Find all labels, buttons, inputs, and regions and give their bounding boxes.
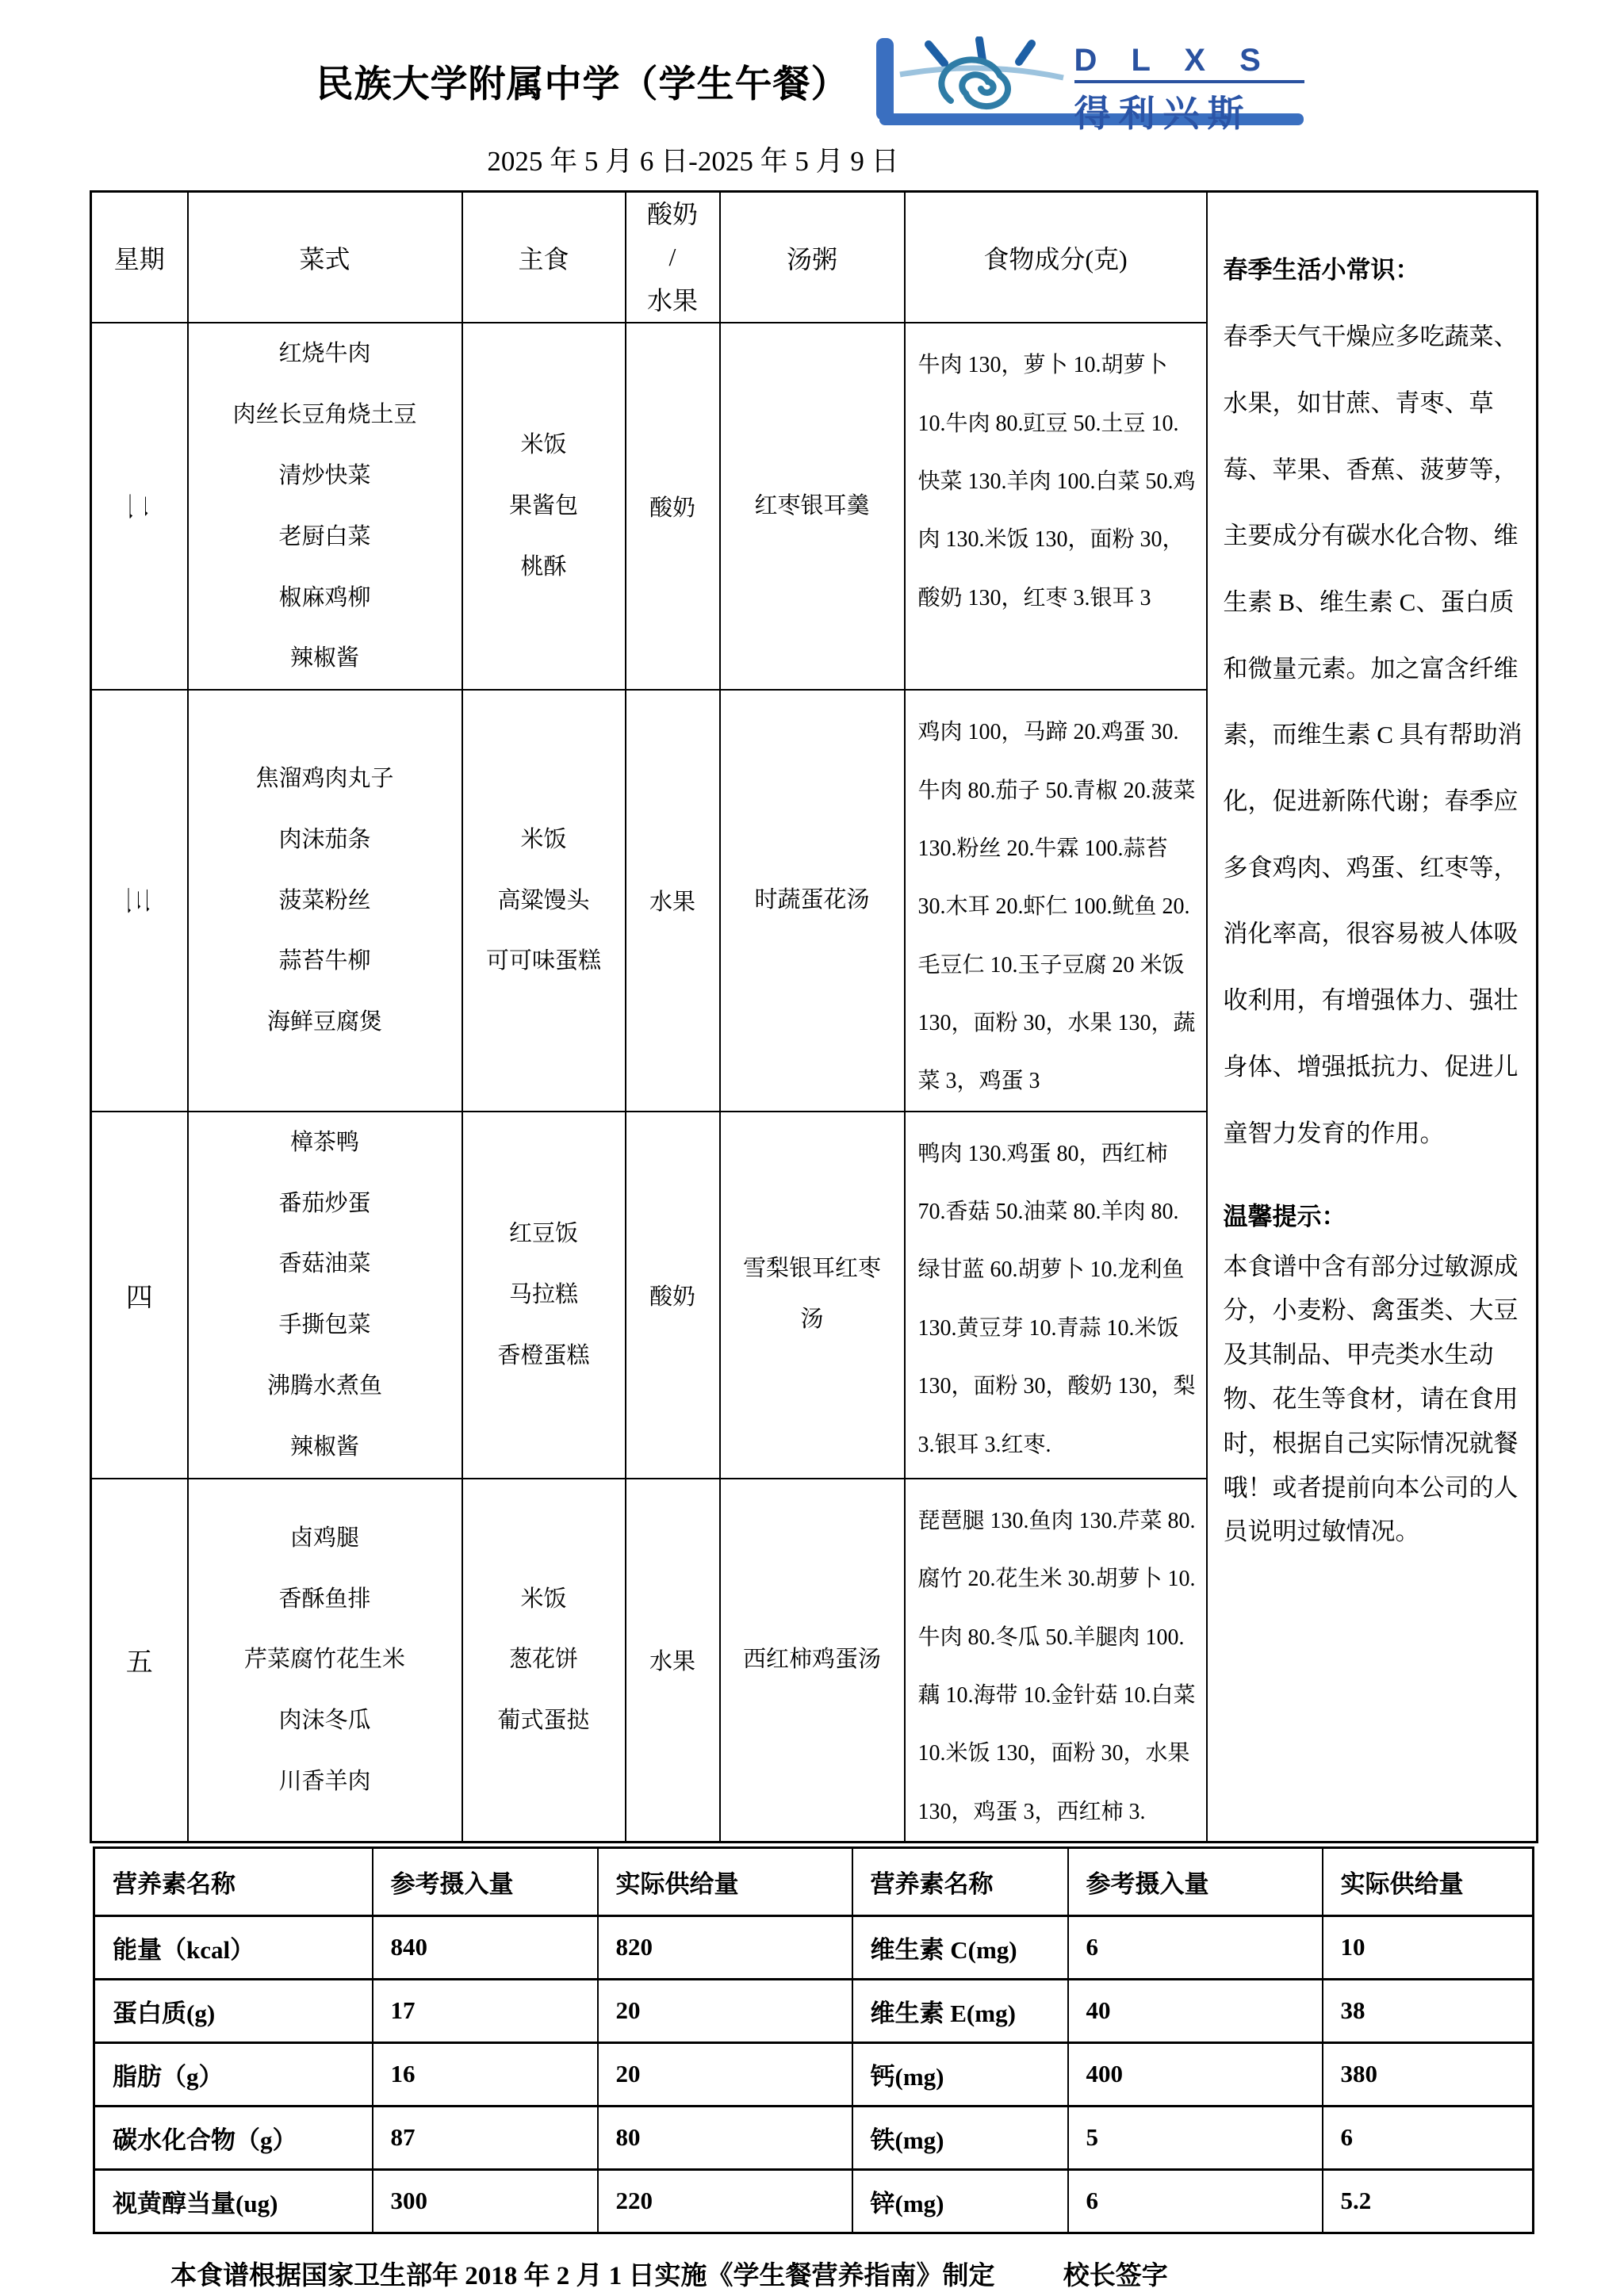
date-range: 2025 年 5 月 6 日-2025 年 5 月 9 日 (0, 140, 1386, 179)
principal-sign-label: 校长签字 (1063, 2262, 1168, 2290)
composition-cell: 鸡肉 100，马蹄 20.鸡蛋 30.牛肉 80.茄子 50.青椒 20.菠菜 … (905, 690, 1207, 1112)
composition-cell: 鸭肉 130.鸡蛋 80，西红柿 70.香菇 50.油菜 80.羊肉 80.绿甘… (905, 1112, 1207, 1479)
nutrition-header: 实际供给量 (1323, 1847, 1534, 1915)
header-yogurt-fruit: 酸奶 / 水果 (626, 192, 720, 323)
header-weekday: 星期 (91, 192, 188, 323)
menu-table: 星期 菜式 主食 酸奶 / 水果 汤粥 食物成分(克) 春季生活小常识： 春季天… (90, 190, 1538, 1843)
dishes-cell: 红烧牛肉 肉丝长豆角烧土豆 清炒快菜 老厨白菜 椒麻鸡柳 辣椒酱 (188, 323, 462, 690)
footer-line: 本食谱根据国家卫生部年 2018 年 2 月 1 日实施《学生餐营养指南》制定 … (170, 2255, 1624, 2292)
weekday-cell: 四 (91, 1112, 188, 1479)
reference-intake: 6 (1068, 1915, 1323, 1979)
soup-cell: 红枣银耳羹 (720, 323, 905, 690)
actual-supply: 10 (1323, 1915, 1534, 1979)
page-header: 民族大学附属中学（学生午餐） D L X S 得利兴斯 (0, 33, 1624, 128)
nutrient-name: 铁(mg) (852, 2106, 1068, 2169)
nutrition-row: 脂肪（g） 16 20 钙(mg) 400 380 (94, 2042, 1534, 2106)
dishes-cell: 卤鸡腿 香酥鱼排 芹菜腐竹花生米 肉沫冬瓜 川香羊肉 (188, 1479, 462, 1843)
nutrition-row: 视黄醇当量(ug) 300 220 锌(mg) 6 5.2 (94, 2169, 1534, 2233)
nutrition-header: 参考摄入量 (373, 1847, 598, 1915)
menu-header-row: 星期 菜式 主食 酸奶 / 水果 汤粥 食物成分(克) 春季生活小常识： 春季天… (91, 192, 1538, 323)
logo-left-bar (876, 38, 894, 121)
reference-intake: 400 (1068, 2042, 1323, 2106)
footer-note: 本食谱根据国家卫生部年 2018 年 2 月 1 日实施《学生餐营养指南》制定 (170, 2262, 995, 2290)
nutrient-name: 蛋白质(g) (94, 1979, 373, 2042)
nutrient-name: 锌(mg) (852, 2169, 1068, 2233)
tips-title: 春季生活小常识： (1224, 254, 1524, 286)
company-logo: D L X S 得利兴斯 (876, 36, 1308, 125)
nutrition-header: 参考摄入量 (1068, 1847, 1323, 1915)
reference-intake: 40 (1068, 1979, 1323, 2042)
yogurt-fruit-cell: 水果 (626, 690, 720, 1112)
logo-company-name: 得利兴斯 (1074, 85, 1304, 137)
reference-intake: 5 (1068, 2106, 1323, 2169)
nutrition-header: 实际供给量 (598, 1847, 852, 1915)
header-staple: 主食 (462, 192, 626, 323)
staple-cell: 红豆饭 马拉糕 香橙蛋糕 (462, 1112, 626, 1479)
nutrition-header: 营养素名称 (852, 1847, 1068, 1915)
tips-cell: 春季生活小常识： 春季天气干燥应多吃蔬菜、水果，如甘蔗、青枣、草莓、苹果、香蕉、… (1207, 192, 1538, 1843)
actual-supply: 6 (1323, 2106, 1534, 2169)
header-soup: 汤粥 (720, 192, 905, 323)
staple-cell: 米饭 葱花饼 葡式蛋挞 (462, 1479, 626, 1843)
actual-supply: 220 (598, 2169, 852, 2233)
staple-cell: 米饭 高粱馒头 可可味蛋糕 (462, 690, 626, 1112)
eye-spiral-icon (898, 36, 1065, 120)
yogurt-fruit-cell: 酸奶 (626, 1112, 720, 1479)
weekday-cell: 五 (91, 1479, 188, 1843)
page-title: 民族大学附属中学（学生午餐） (316, 55, 849, 108)
actual-supply: 820 (598, 1915, 852, 1979)
actual-supply: 5.2 (1323, 2169, 1534, 2233)
nutrient-name: 能量（kcal） (94, 1915, 373, 1979)
actual-supply: 80 (598, 2106, 852, 2169)
nutrient-name: 视黄醇当量(ug) (94, 2169, 373, 2233)
nutrient-name: 碳水化合物（g） (94, 2106, 373, 2169)
nutrition-row: 能量（kcal） 840 820 维生素 C(mg) 6 10 (94, 1915, 1534, 1979)
logo-acronym: D L X S (1074, 43, 1304, 83)
nutrient-name: 脂肪（g） (94, 2042, 373, 2106)
reference-intake: 87 (373, 2106, 598, 2169)
reference-intake: 6 (1068, 2169, 1323, 2233)
nutrition-header-row: 营养素名称 参考摄入量 实际供给量 营养素名称 参考摄入量 实际供给量 (94, 1847, 1534, 1915)
dishes-cell: 樟茶鸭 番茄炒蛋 香菇油菜 手撕包菜 沸腾水煮鱼 辣椒酱 (188, 1112, 462, 1479)
dishes-cell: 焦溜鸡肉丸子 肉沫茄条 菠菜粉丝 蒜苔牛柳 海鲜豆腐煲 (188, 690, 462, 1112)
nutrition-row: 碳水化合物（g） 87 80 铁(mg) 5 6 (94, 2106, 1534, 2169)
reference-intake: 300 (373, 2169, 598, 2233)
nutrient-name: 维生素 E(mg) (852, 1979, 1068, 2042)
weekday-cell: 三 (91, 690, 188, 1112)
actual-supply: 380 (1323, 2042, 1534, 2106)
notice-title: 温馨提示： (1224, 1201, 1524, 1233)
nutrient-name: 钙(mg) (852, 2042, 1068, 2106)
soup-cell: 雪梨银耳红枣汤 (720, 1112, 905, 1479)
actual-supply: 20 (598, 2042, 852, 2106)
reference-intake: 840 (373, 1915, 598, 1979)
nutrient-name: 维生素 C(mg) (852, 1915, 1068, 1979)
nutrition-table: 营养素名称 参考摄入量 实际供给量 营养素名称 参考摄入量 实际供给量 能量（k… (93, 1846, 1534, 2234)
notice-body: 本食谱中含有部分过敏源成分，小麦粉、禽蛋类、大豆及其制品、甲壳类水生动物、花生等… (1224, 1245, 1524, 1555)
header-composition: 食物成分(克) (905, 192, 1207, 323)
composition-cell: 琵琶腿 130.鱼肉 130.芹菜 80.腐竹 20.花生米 30.胡萝卜 10… (905, 1479, 1207, 1843)
logo-text: D L X S 得利兴斯 (1074, 43, 1304, 137)
actual-supply: 20 (598, 1979, 852, 2042)
nutrition-row: 蛋白质(g) 17 20 维生素 E(mg) 40 38 (94, 1979, 1534, 2042)
composition-cell: 牛肉 130，萝卜 10.胡萝卜 10.牛肉 80.豇豆 50.土豆 10.快菜… (905, 323, 1207, 690)
nutrition-header: 营养素名称 (94, 1847, 373, 1915)
soup-cell: 西红柿鸡蛋汤 (720, 1479, 905, 1843)
header-dishes: 菜式 (188, 192, 462, 323)
weekday-cell: 二 (91, 323, 188, 690)
yogurt-fruit-cell: 水果 (626, 1479, 720, 1843)
tips-body: 春季天气干燥应多吃蔬菜、水果，如甘蔗、青枣、草莓、苹果、香蕉、菠萝等，主要成分有… (1224, 304, 1524, 1166)
reference-intake: 17 (373, 1979, 598, 2042)
yogurt-fruit-cell: 酸奶 (626, 323, 720, 690)
staple-cell: 米饭 果酱包 桃酥 (462, 323, 626, 690)
actual-supply: 38 (1323, 1979, 1534, 2042)
reference-intake: 16 (373, 2042, 598, 2106)
soup-cell: 时蔬蛋花汤 (720, 690, 905, 1112)
